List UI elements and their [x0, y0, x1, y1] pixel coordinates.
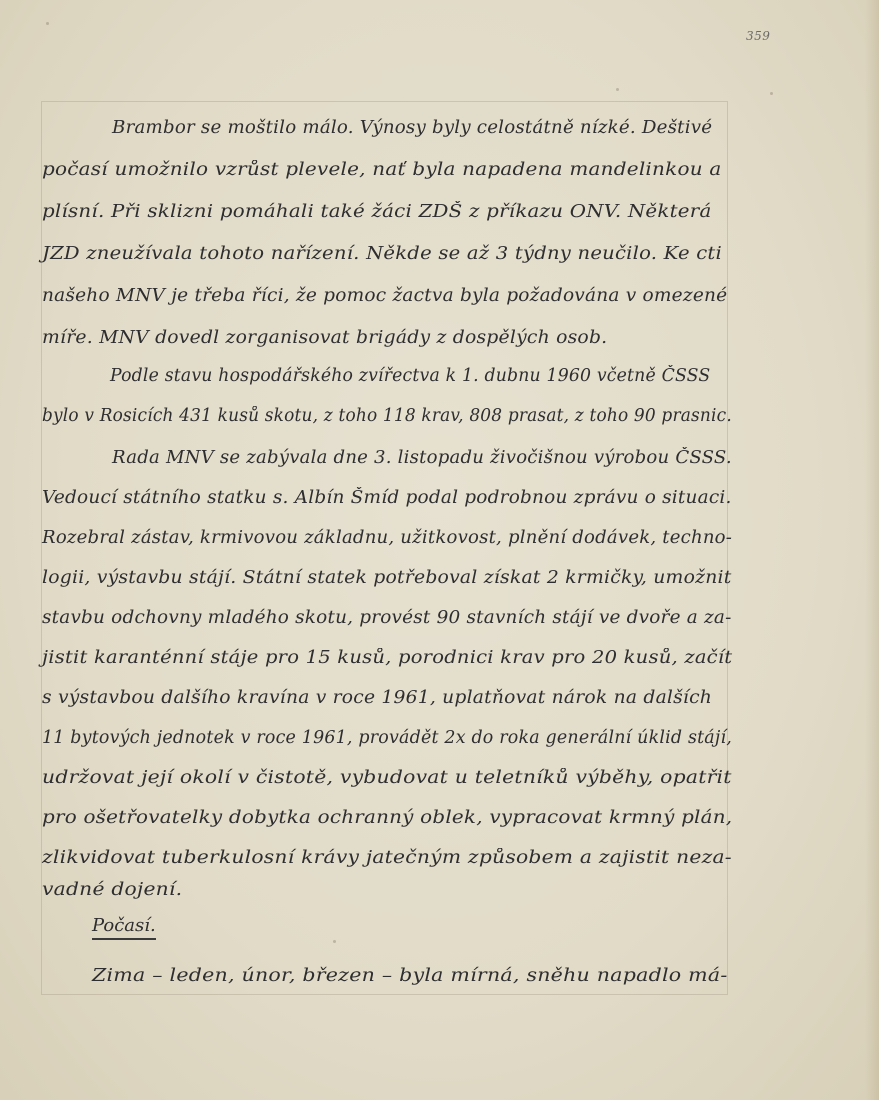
page-number: 359 — [746, 29, 770, 43]
handwritten-line: udržovat její okolí v čistotě, vybudovat… — [42, 768, 732, 788]
handwritten-line: zlikvidovat tuberkulosní krávy jatečným … — [42, 848, 732, 868]
handwritten-line: Rozebral zástav, krmivovou základnu, uži… — [42, 528, 732, 548]
handwritten-line: Vedoucí státního statku s. Albín Šmíd po… — [42, 488, 732, 508]
paper-speck — [616, 88, 619, 91]
handwritten-line: logii, výstavbu stájí. Státní statek pot… — [42, 568, 731, 588]
handwritten-line: našeho MNV je třeba říci, že pomoc žactv… — [42, 286, 727, 306]
handwritten-line: plísní. Při sklizni pomáhali také žáci Z… — [42, 202, 711, 222]
handwritten-line: Zima – leden, únor, březen – byla mírná,… — [92, 966, 727, 986]
handwritten-line: Podle stavu hospodářského zvířectva k 1.… — [110, 366, 710, 386]
paper-speck — [770, 92, 773, 95]
handwritten-line: jistit karanténní stáje pro 15 kusů, por… — [42, 648, 732, 668]
handwritten-line: Brambor se moštilo málo. Výnosy byly cel… — [112, 118, 712, 138]
page-edge-shadow — [865, 0, 879, 1100]
handwritten-line: míře. MNV dovedl zorganisovat brigády z … — [42, 328, 607, 348]
handwritten-line: pro ošetřovatelky dobytka ochranný oblek… — [42, 808, 732, 828]
handwritten-line: vadné dojení. — [42, 880, 182, 900]
section-heading-weather: Počasí. — [92, 915, 156, 940]
scanned-chronicle-page: 359 Brambor se moštilo málo. Výnosy byly… — [0, 0, 879, 1100]
handwritten-line: stavbu odchovny mladého skotu, provést 9… — [42, 608, 732, 628]
handwritten-line: bylo v Rosicích 431 kusů skotu, z toho 1… — [42, 406, 732, 426]
paper-speck — [46, 22, 49, 25]
handwritten-line: JZD zneužívala tohoto nařízení. Někde se… — [42, 244, 722, 264]
handwritten-line: počasí umožnilo vzrůst plevele, nať byla… — [42, 160, 722, 180]
handwritten-line: 11 bytových jednotek v roce 1961, provád… — [42, 728, 732, 748]
paper-speck — [333, 940, 336, 943]
handwritten-line: Rada MNV se zabývala dne 3. listopadu ži… — [112, 448, 732, 468]
handwritten-line: s výstavbou dalšího kravína v roce 1961,… — [42, 688, 712, 708]
